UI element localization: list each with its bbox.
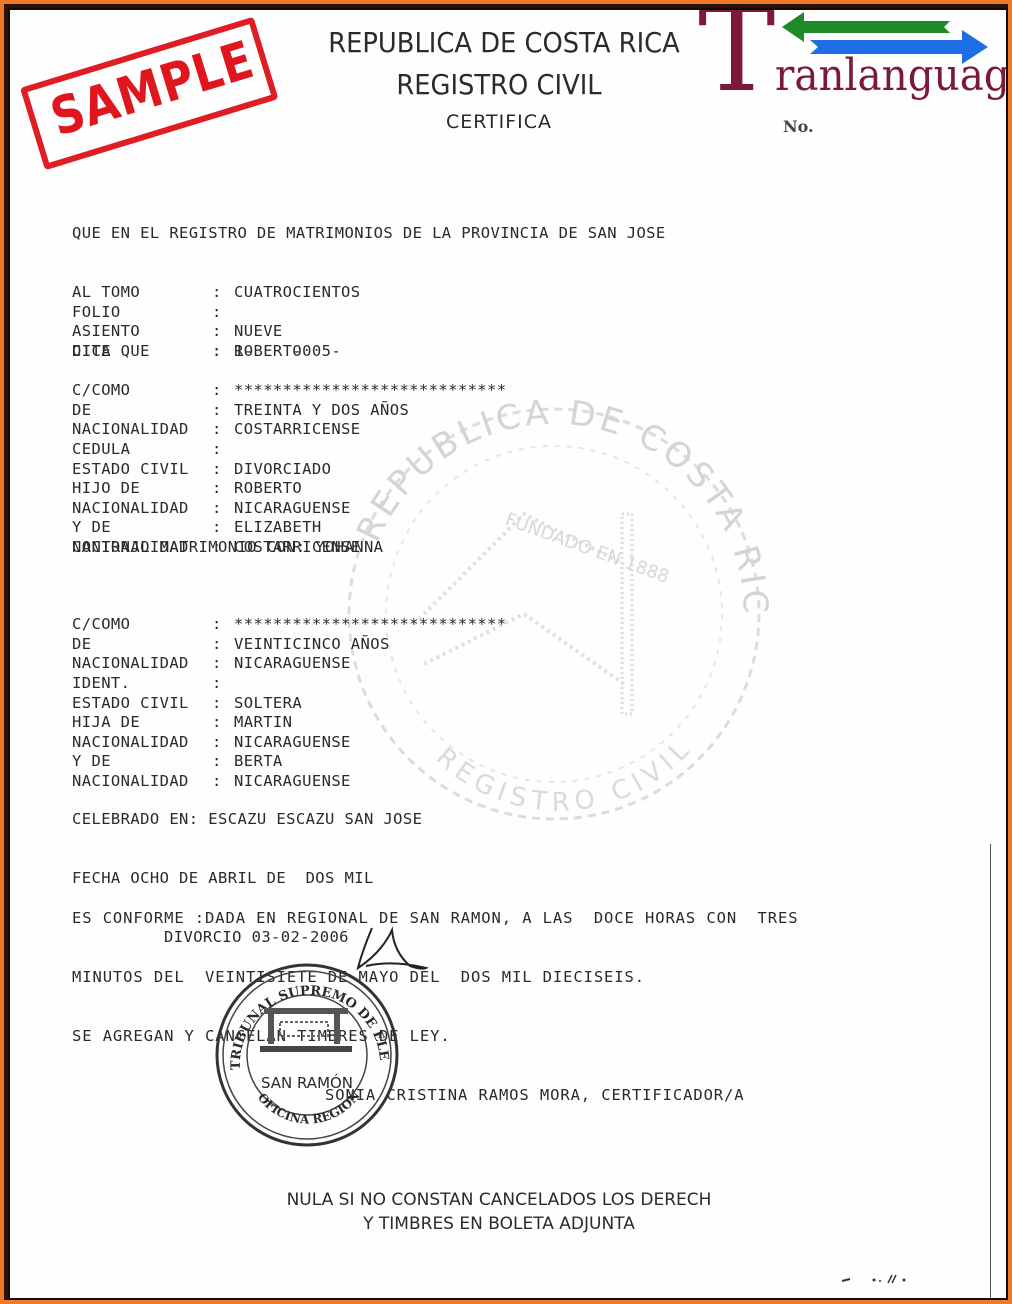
closing-line-1: ES CONFORME :DADA EN REGIONAL DE SAN RAM… xyxy=(72,909,798,929)
field-separator: : xyxy=(212,635,234,655)
field-separator: : xyxy=(212,283,234,303)
field-row: Y DE:ELIZABETH xyxy=(72,518,507,538)
field-label: DE xyxy=(72,401,212,421)
field-row: DE:TREINTA Y DOS AÑOS xyxy=(72,401,507,421)
field-value: **************************** xyxy=(234,381,507,399)
field-row: DE:VEINTICINCO AÑOS xyxy=(72,635,507,655)
field-row: Y DE:BERTA xyxy=(72,752,507,772)
field-label: NACIONALIDAD xyxy=(72,733,212,753)
field-row: NACIONALIDAD:NICARAGUENSE xyxy=(72,499,507,519)
field-label: C/COMO xyxy=(72,615,212,635)
field-value: TREINTA Y DOS AÑOS xyxy=(234,401,409,419)
field-row: AL TOMO:CUATROCIENTOS xyxy=(72,283,666,303)
svg-text:FUNDADO EN 1888: FUNDADO EN 1888 xyxy=(502,509,672,588)
footer-line-2: Y TIMBRES EN BOLETA ADJUNTA xyxy=(234,1214,764,1234)
field-label: HIJA DE xyxy=(72,713,212,733)
sample-watermark-stamp: SAMPLE xyxy=(20,17,278,171)
document-frame: REPUBLICA DE COSTA RICA REGISTRO CIVIL F… xyxy=(0,0,1012,1304)
spouse1-section: C/COMO:****************************DE:TR… xyxy=(72,342,507,597)
field-row: C/COMO:**************************** xyxy=(72,381,507,401)
certificate-number-label: No. xyxy=(783,117,814,136)
header-certifica: CERTIFICA xyxy=(249,111,749,133)
field-label: CEDULA xyxy=(72,440,212,460)
field-row: ESTADO CIVIL:SOLTERA xyxy=(72,694,507,714)
field-value: ROBERTO xyxy=(234,479,302,497)
signatory-name: SONIA CRISTINA RAMOS MORA, CERTIFICADOR/… xyxy=(72,1086,798,1106)
page-edge-line xyxy=(990,844,991,1300)
field-label: ESTADO CIVIL xyxy=(72,460,212,480)
field-label: AL TOMO xyxy=(72,283,212,303)
field-separator: : xyxy=(212,460,234,480)
closing-line-3: SE AGREGAN Y CANCELAN TIMBRES DE LEY. xyxy=(72,1027,798,1047)
field-value: ELIZABETH xyxy=(234,518,322,536)
closing-line-2: MINUTOS DEL VEINTISIETE DE MAYO DEL DOS … xyxy=(72,968,798,988)
field-separator: : xyxy=(212,615,234,635)
arrow-right-icon xyxy=(810,30,988,64)
field-row: CEDULA: xyxy=(72,440,507,460)
field-row: NACIONALIDAD:NICARAGUENSE xyxy=(72,654,507,674)
field-label: HIJO DE xyxy=(72,479,212,499)
field-separator: : xyxy=(212,518,234,538)
footer-line-1: NULA SI NO CONSTAN CANCELADOS LOS DERECH xyxy=(234,1190,764,1210)
field-separator: : xyxy=(212,752,234,772)
contrajo-line: CONTRAJO MATRIMONIO CON: YOHANNA xyxy=(72,538,383,558)
field-label: NACIONALIDAD xyxy=(72,499,212,519)
field-label: Y DE xyxy=(72,752,212,772)
document-page: REPUBLICA DE COSTA RICA REGISTRO CIVIL F… xyxy=(8,8,1008,1300)
field-value: NICARAGUENSE xyxy=(234,654,351,672)
field-label: IDENT. xyxy=(72,674,212,694)
margin-marks xyxy=(840,1272,910,1286)
field-row: HIJO DE:ROBERTO xyxy=(72,479,507,499)
field-row: NACIONALIDAD:COSTARRICENSE xyxy=(72,420,507,440)
field-separator: : xyxy=(212,440,234,460)
field-separator: : xyxy=(212,733,234,753)
field-value: **************************** xyxy=(234,615,507,633)
field-separator: : xyxy=(212,479,234,499)
field-value: MARTIN xyxy=(234,713,292,731)
logo-initial: T xyxy=(698,8,775,106)
field-separator: : xyxy=(212,420,234,440)
field-value: NICARAGUENSE xyxy=(234,733,351,751)
field-separator: : xyxy=(212,401,234,421)
field-separator: : xyxy=(212,381,234,401)
field-separator: : xyxy=(212,694,234,714)
field-row: IDENT.: xyxy=(72,674,507,694)
field-label: NACIONALIDAD xyxy=(72,420,212,440)
field-row: C/COMO:**************************** xyxy=(72,615,507,635)
celebration-place: CELEBRADO EN: ESCAZU ESCAZU SAN JOSE xyxy=(72,810,422,830)
field-value: DIVORCIADO xyxy=(234,460,331,478)
sample-watermark-text: SAMPLE xyxy=(44,33,252,149)
field-separator: : xyxy=(212,674,234,694)
field-separator: : xyxy=(212,654,234,674)
field-row: HIJA DE:MARTIN xyxy=(72,713,507,733)
header-country: REPUBLICA DE COSTA RICA xyxy=(265,26,743,59)
field-label: DE xyxy=(72,635,212,655)
intro-line: QUE EN EL REGISTRO DE MATRIMONIOS DE LA … xyxy=(72,224,666,244)
field-separator: : xyxy=(212,713,234,733)
field-value: NICARAGUENSE xyxy=(234,499,351,517)
field-value: SOLTERA xyxy=(234,694,302,712)
header-registry: REGISTRO CIVIL xyxy=(269,68,729,101)
field-row: NACIONALIDAD:NICARAGUENSE xyxy=(72,733,507,753)
field-label: ESTADO CIVIL xyxy=(72,694,212,714)
field-value: BERTA xyxy=(234,752,283,770)
field-separator: : xyxy=(212,499,234,519)
field-value: COSTARRICENSE xyxy=(234,420,361,438)
field-label: Y DE xyxy=(72,518,212,538)
field-value: CUATROCIENTOS xyxy=(234,283,361,301)
field-label: C/COMO xyxy=(72,381,212,401)
field-value: VEINTICINCO AÑOS xyxy=(234,635,390,653)
field-row: ESTADO CIVIL:DIVORCIADO xyxy=(72,460,507,480)
field-label: NACIONALIDAD xyxy=(72,654,212,674)
closing-section: ES CONFORME :DADA EN REGIONAL DE SAN RAM… xyxy=(72,870,798,1144)
